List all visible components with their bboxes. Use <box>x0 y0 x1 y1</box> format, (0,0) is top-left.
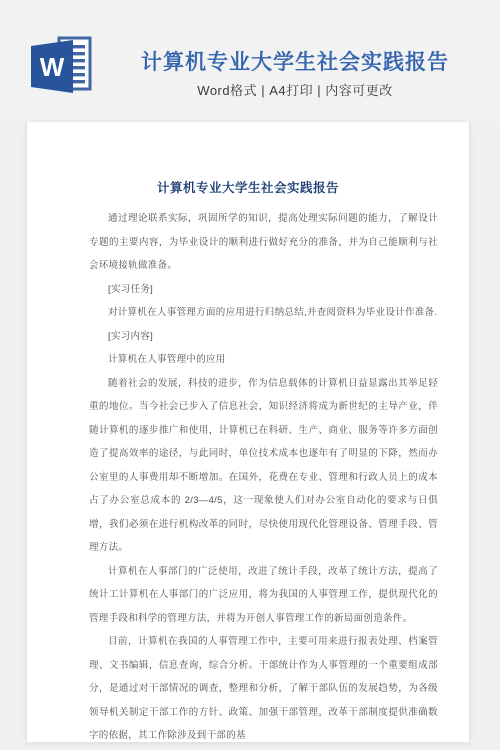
doc-paragraph-section-label: [实习内容] <box>89 325 438 349</box>
doc-paragraph-section-label: [实习任务] <box>89 278 438 302</box>
doc-paragraph: 对计算机在人事管理方面的应用进行归纳总结,并查阅资料为毕业设计作准备. <box>89 301 438 325</box>
doc-paragraph: 计算机在人事部门的广泛使用，改进了统计手段，改革了统计方法，提高了统计工计算机在… <box>89 560 438 631</box>
doc-paragraph: 通过理论联系实际，巩固所学的知识，提高处理实际问题的能力，了解设计专题的主要内容… <box>89 207 438 278</box>
header-title: 计算机专业大学生社会实践报告 <box>100 50 490 75</box>
word-logo-icon: W <box>29 36 93 93</box>
word-logo-svg: W <box>29 36 93 93</box>
svg-text:W: W <box>40 52 65 82</box>
document-page-preview: 计算机专业大学生社会实践报告 通过理论联系实际，巩固所学的知识，提高处理实际问题… <box>27 122 469 742</box>
header-subtitle: Word格式 | A4打印 | 内容可更改 <box>100 80 490 99</box>
template-header: W 计算机专业大学生社会实践报告 Word格式 | A4打印 | 内容可更改 <box>0 0 500 122</box>
document-title: 计算机专业大学生社会实践报告 <box>27 180 469 197</box>
doc-paragraph: 随着社会的发展，科技的进步，作为信息载体的计算机日益显露出其举足轻重的地位。当今… <box>89 372 438 560</box>
document-body: 通过理论联系实际，巩固所学的知识，提高处理实际问题的能力，了解设计专题的主要内容… <box>89 207 438 742</box>
doc-paragraph: 目前，计算机在我国的人事管理工作中，主要可用来进行报表处理、档案管理、文书编辑，… <box>89 630 438 742</box>
header-text-block: 计算机专业大学生社会实践报告 Word格式 | A4打印 | 内容可更改 <box>100 50 490 99</box>
doc-paragraph: 计算机在人事管理中的应用 <box>89 348 438 372</box>
